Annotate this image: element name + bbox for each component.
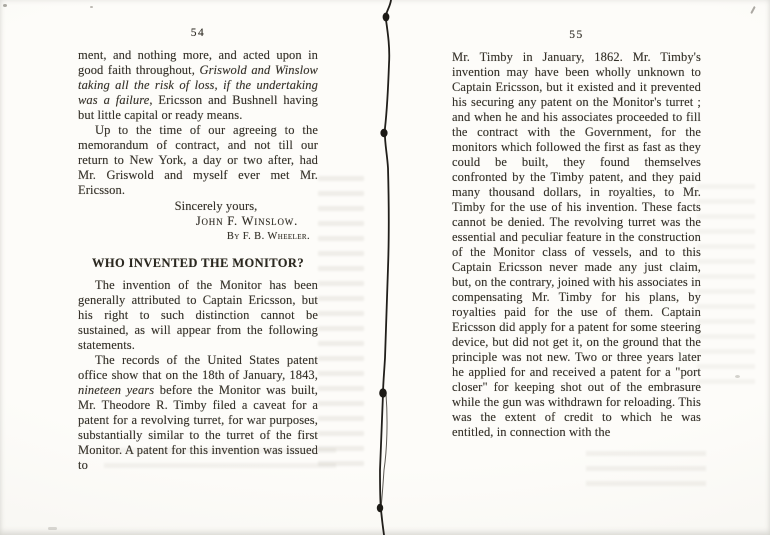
thread-knot (380, 129, 387, 137)
thread-knot (383, 13, 390, 22)
scan-artifact (90, 6, 93, 8)
thread-line (380, 0, 391, 535)
paragraph-invention-attributed: The invention of the Monitor has been ge… (78, 278, 318, 353)
bleed-through-text (318, 172, 364, 472)
bleed-through-text (104, 444, 336, 474)
page-number-right: 55 (452, 28, 701, 43)
page-left: 54 ment, and nothing more, and acted upo… (78, 26, 318, 473)
bleed-through-text (697, 180, 755, 390)
scan-artifact (48, 527, 57, 530)
para4-pre: The records of the United States patent … (78, 353, 318, 382)
section-heading: WHO INVENTED THE MONITOR? (78, 256, 318, 271)
letter-closing: Sincerely yours, (78, 199, 318, 214)
paragraph-continuation-griswold: ment, and nothing more, and acted upon i… (78, 48, 318, 123)
paragraph-timby-patent: Mr. Timby in January, 1862. Mr. Timby's … (452, 50, 701, 440)
thread-knot (379, 388, 387, 397)
page-number-left: 54 (78, 26, 318, 41)
para4-italic: nineteen years (78, 383, 154, 397)
scan-artifact (735, 375, 740, 378)
scan-artifact (750, 6, 756, 14)
book-scan: 54 ment, and nothing more, and acted upo… (0, 0, 770, 535)
bleed-through-text (586, 447, 706, 489)
thread-knot (377, 504, 383, 512)
thread-line-double (381, 394, 387, 508)
page-right: 55 Mr. Timby in January, 1862. Mr. Timby… (452, 28, 701, 440)
letter-byline: By F. B. Wheeler. (78, 229, 318, 244)
letter-signature: John F. Winslow. (78, 214, 318, 229)
scan-artifact (3, 4, 7, 7)
paragraph-memorandum: Up to the time of our agreeing to the me… (78, 123, 318, 198)
